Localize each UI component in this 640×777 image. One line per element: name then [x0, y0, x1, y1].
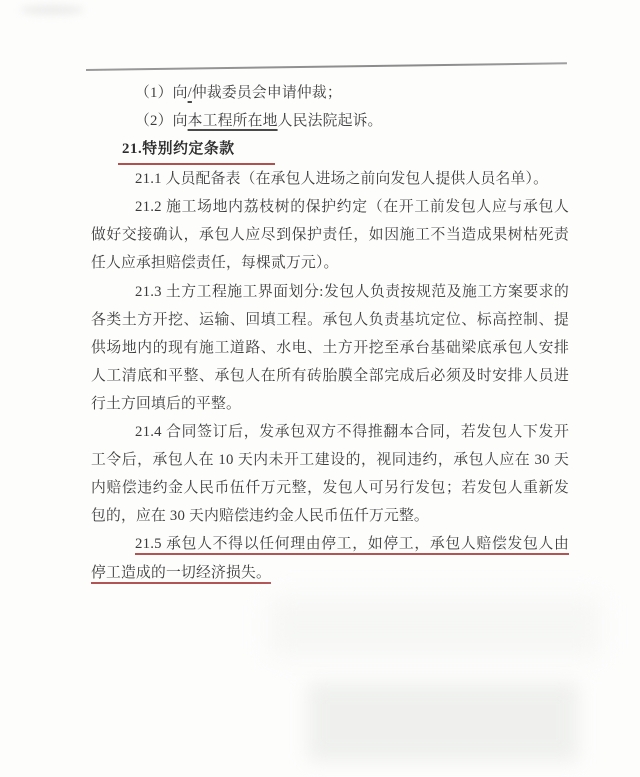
dispute-option-2-venue: 本工程所在地	[188, 113, 278, 129]
clause-21-heading: 21.特别约定条款	[118, 137, 275, 165]
scan-bleed-artifact-mid	[270, 597, 600, 657]
clause-21-4: 21.4 合同签订后，发承包双方不得推翻本合同，若发包人下发开工令后，承包人在 …	[91, 418, 569, 530]
scan-bleed-artifact	[308, 683, 578, 761]
contract-text-block: （1）向/仲裁委员会申请仲裁； （2）向本工程所在地人民法院起诉。 21.特别约…	[91, 79, 569, 587]
dispute-option-2-prefix: （2）向	[135, 113, 188, 129]
dispute-option-2: （2）向本工程所在地人民法院起诉。	[91, 107, 569, 135]
clause-21-3: 21.3 土方工程施工界面划分:发包人负责按规范及施工方案要求的各类土方开挖、运…	[91, 278, 569, 418]
clause-21-2: 21.2 施工场地内荔枝树的保护约定（在开工前发包人应与承包人做好交接确认，承包…	[91, 193, 569, 277]
scanned-contract-page: （1）向/仲裁委员会申请仲裁； （2）向本工程所在地人民法院起诉。 21.特别约…	[0, 0, 640, 777]
clause-21-5: 21.5 承包人不得以任何理由停工，如停工，承包人赔偿发包人由停工造成的一切经济…	[91, 530, 569, 586]
dispute-option-2-rest: 人民法院起诉。	[278, 113, 383, 129]
clause-21-5-emphasized-text: 21.5 承包人不得以任何理由停工，如停工，承包人赔偿发包人由停工造成的一切经济…	[91, 536, 569, 580]
scan-smudge-artifact	[20, 5, 84, 15]
dispute-option-1: （1）向/仲裁委员会申请仲裁；	[91, 79, 569, 107]
clause-21-heading-line: 21.特别约定条款	[118, 135, 569, 165]
dispute-option-1-rest: 仲裁委员会申请仲裁；	[192, 85, 342, 101]
dispute-option-1-prefix: （1）向	[135, 85, 188, 101]
page-top-rule	[86, 62, 567, 70]
clause-21-1: 21.1 人员配备表（在承包人进场之前向发包人提供人员名单）。	[91, 165, 569, 193]
